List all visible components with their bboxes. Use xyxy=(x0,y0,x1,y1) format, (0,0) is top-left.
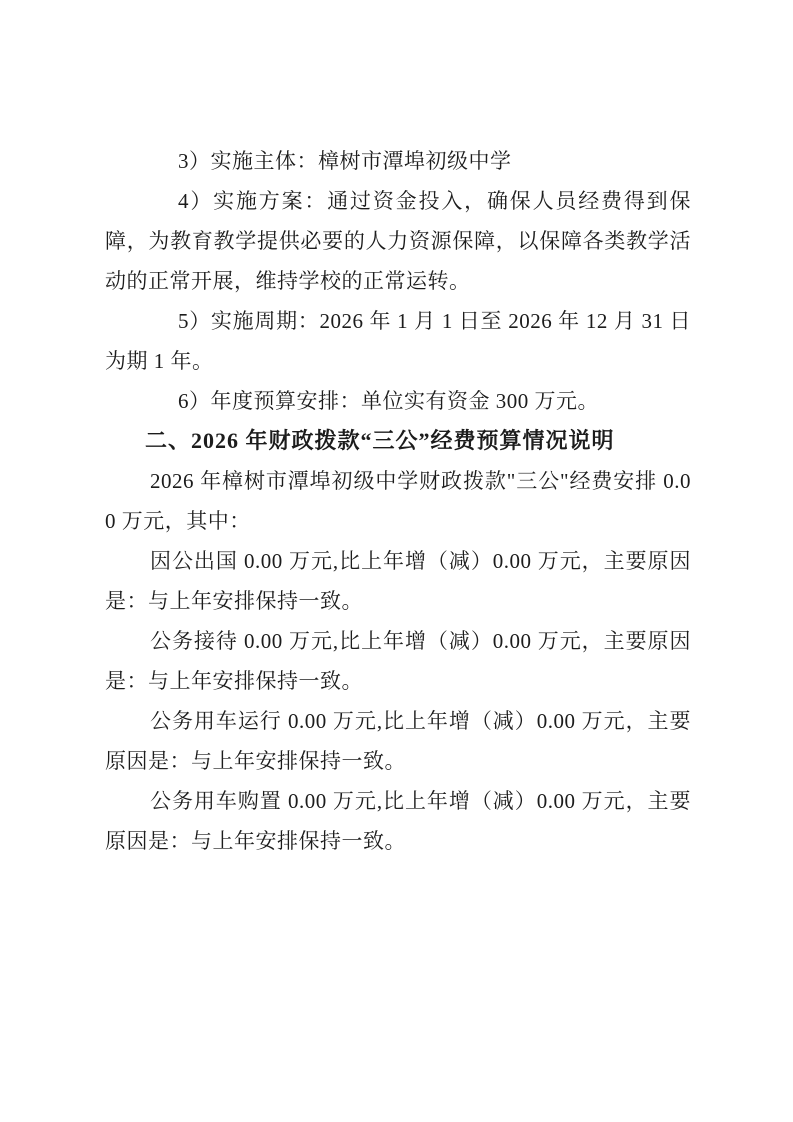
paragraph-abroad-trips: 因公出国 0.00 万元,比上年增（减）0.00 万元，主要原因是：与上年安排保… xyxy=(105,541,691,621)
document-body: 3）实施主体：樟树市潭埠初级中学 4）实施方案：通过资金投入，确保人员经费得到保… xyxy=(105,141,691,861)
paragraph-sangong-overview: 2026 年樟树市潭埠初级中学财政拨款"三公"经费安排 0.00 万元，其中： xyxy=(105,461,691,541)
paragraph-vehicle-purchase: 公务用车购置 0.00 万元,比上年增（减）0.00 万元，主要原因是：与上年安… xyxy=(105,781,691,861)
paragraph-vehicle-operation: 公务用车运行 0.00 万元,比上年增（减）0.00 万元，主要原因是：与上年安… xyxy=(105,701,691,781)
numbered-item-5-implementation-period: 5）实施周期：2026 年 1 月 1 日至 2026 年 12 月 31 日为… xyxy=(105,301,691,381)
section-heading-sangong-budget: 二、2026 年财政拨款“三公”经费预算情况说明 xyxy=(105,421,691,461)
numbered-item-3-implementing-body: 3）实施主体：樟树市潭埠初级中学 xyxy=(105,141,691,181)
numbered-item-4-implementation-plan: 4）实施方案：通过资金投入，确保人员经费得到保障，为教育教学提供必要的人力资源保… xyxy=(105,181,691,301)
numbered-item-6-annual-budget: 6）年度预算安排：单位实有资金 300 万元。 xyxy=(105,381,691,421)
paragraph-official-reception: 公务接待 0.00 万元,比上年增（减）0.00 万元，主要原因是：与上年安排保… xyxy=(105,621,691,701)
document-page: 3）实施主体：樟树市潭埠初级中学 4）实施方案：通过资金投入，确保人员经费得到保… xyxy=(0,0,793,1122)
